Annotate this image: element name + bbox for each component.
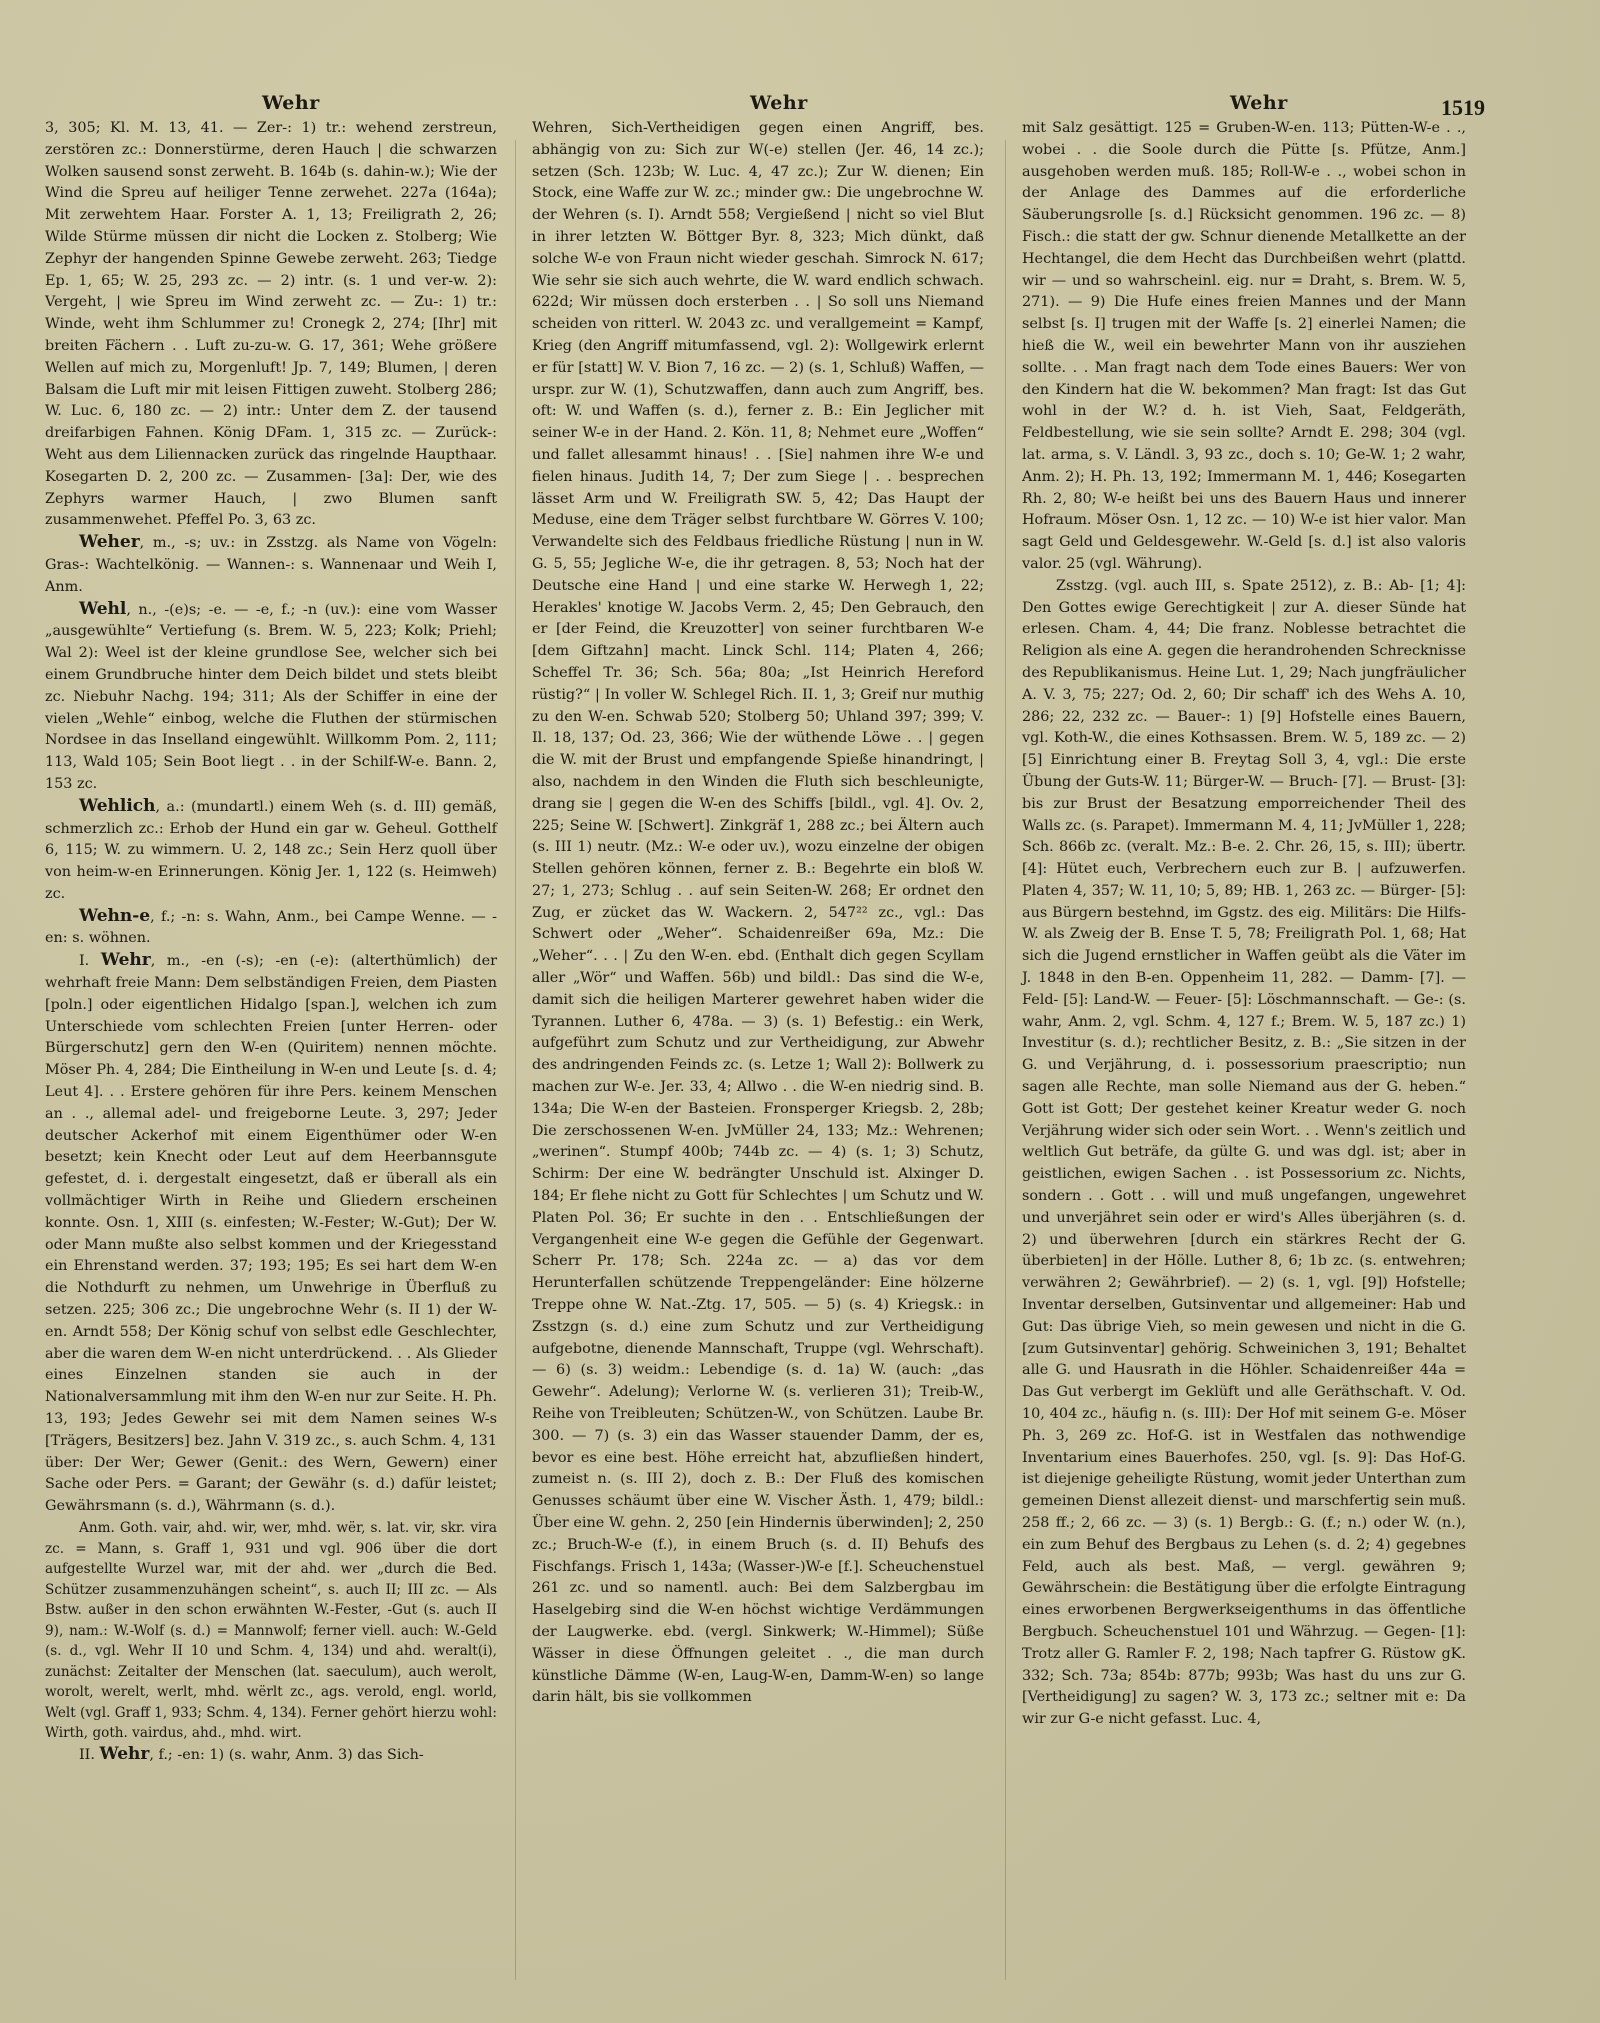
entry-wehne: Wehn-e, f.; -n: s. Wahn, Anm., bei Campe… (45, 906, 497, 951)
dictionary-page: Wehr Wehr Wehr 1519 3, 305; Kl. M. 13, 4… (0, 0, 1600, 2023)
entry-body: , n., -(e)s; -e. — -e, f.; -n (uv.): ein… (45, 602, 497, 792)
entry-wehl: Wehl, n., -(e)s; -e. — -e, f.; -n (uv.):… (45, 599, 497, 796)
headword: Wehn-e (79, 906, 150, 926)
column-divider (515, 140, 516, 1980)
paragraph-continuation: 3, 305; Kl. M. 13, 41. — Zer-: 1) tr.: w… (45, 118, 497, 532)
entry-wehr-ii: II. Wehr, f.; -en: 1) (s. wahr, Anm. 3) … (45, 1744, 497, 1767)
entry-weher: Weher, m., -s; uv.: in Zsstzg. als Name … (45, 532, 497, 598)
paragraph-continuation: Wehren, Sich-Vertheidigen gegen einen An… (532, 118, 984, 1709)
column-1: 3, 305; Kl. M. 13, 41. — Zer-: 1) tr.: w… (45, 118, 497, 1766)
headword: Weher (79, 532, 140, 552)
entry-body: , m., -en (-s); -en (-e): (alterthümlich… (45, 953, 497, 1514)
entry-number: I. (79, 953, 101, 969)
headword: Wehlich (79, 796, 156, 816)
paragraph-continuation: mit Salz gesättigt. 125 = Gruben-W-en. 1… (1022, 118, 1466, 576)
column-divider (1005, 140, 1006, 1980)
headword: Wehl (79, 599, 126, 619)
entry-number: II. (79, 1747, 100, 1763)
compounds-section: Zsstzg. (vgl. auch III, s. Spate 2512), … (1022, 576, 1466, 1731)
headword: Wehr (101, 950, 151, 970)
entry-wehlich: Wehlich, a.: (mundartl.) einem Weh (s. d… (45, 796, 497, 906)
running-head-right: Wehr (1230, 92, 1288, 114)
entry-body: , f.; -en: 1) (s. wahr, Anm. 3) das Sich… (149, 1747, 423, 1763)
column-2: Wehren, Sich-Vertheidigen gegen einen An… (532, 118, 984, 1709)
annotation-anm: Anm. Goth. vair, ahd. wir, wer, mhd. wër… (45, 1518, 497, 1744)
entry-wehr-i: I. Wehr, m., -en (-s); -en (-e): (altert… (45, 950, 497, 1518)
column-3: mit Salz gesättigt. 125 = Gruben-W-en. 1… (1022, 118, 1466, 1731)
headword: Wehr (100, 1744, 150, 1764)
running-head-left: Wehr (262, 92, 320, 114)
running-head-middle: Wehr (750, 92, 808, 114)
